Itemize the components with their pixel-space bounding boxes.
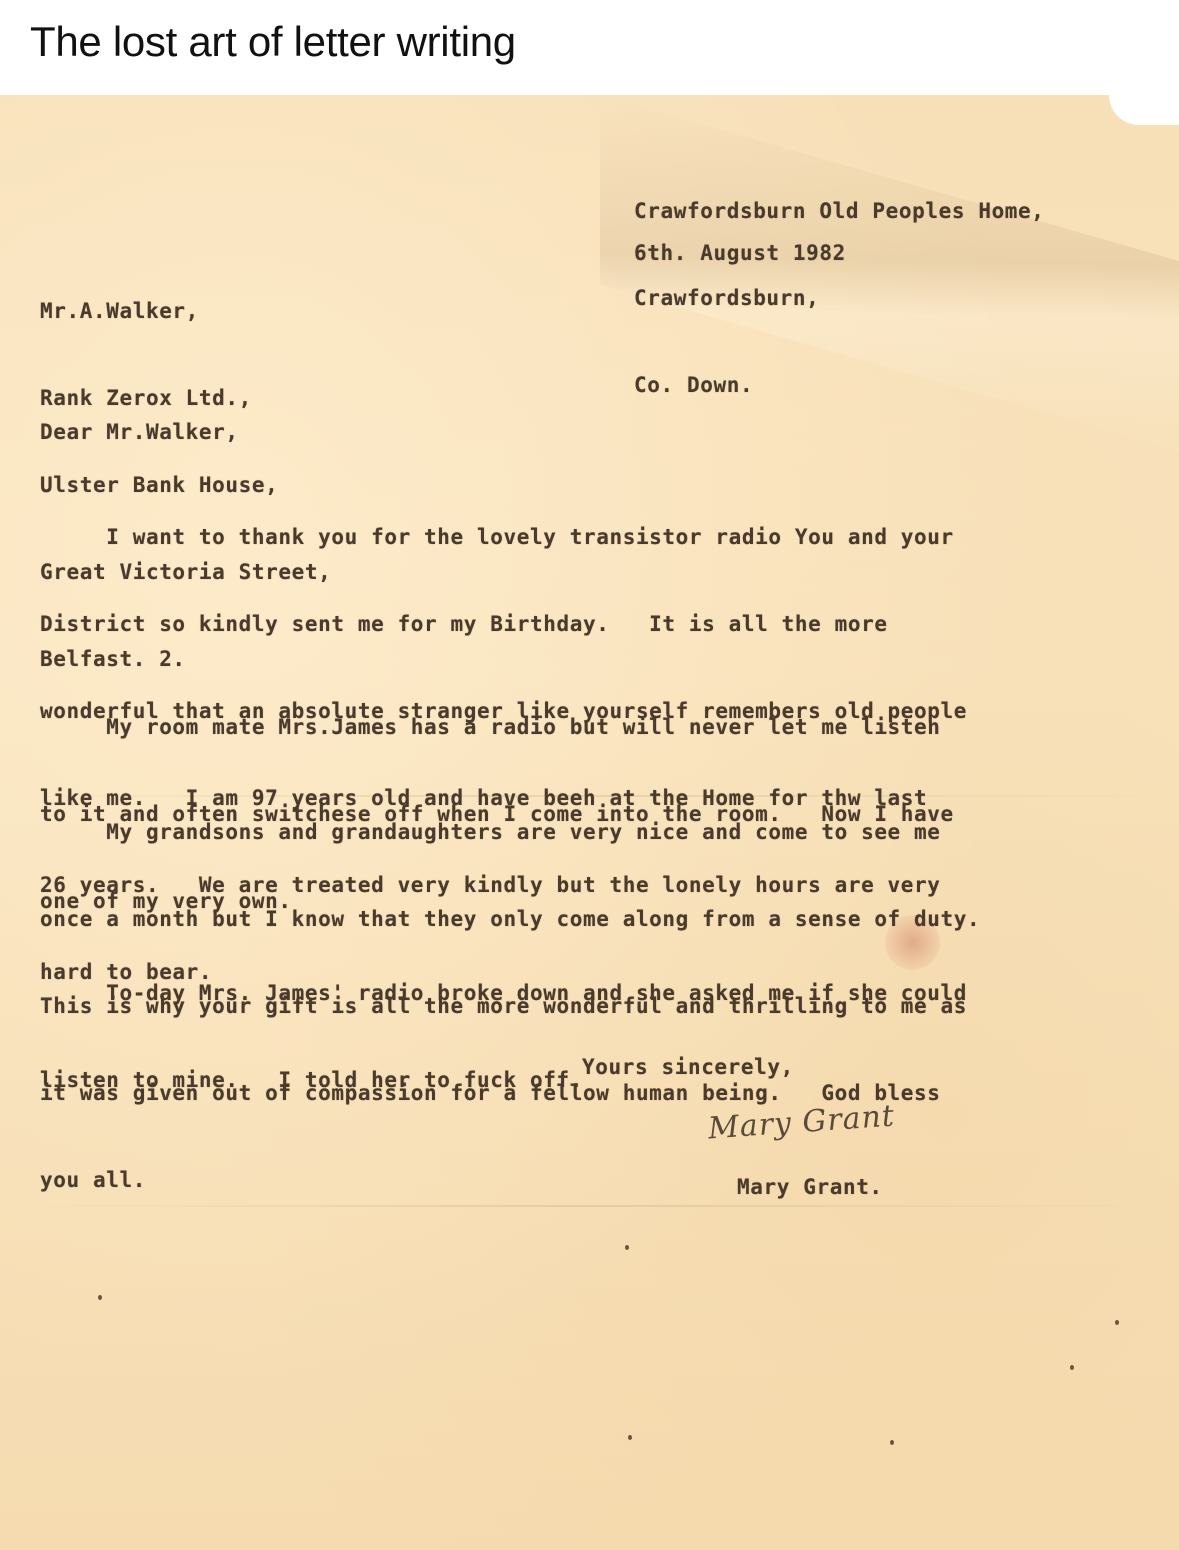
letter-date: 6th. August 1982 <box>634 239 846 268</box>
body-line: I want to thank you for the lovely trans… <box>40 523 967 552</box>
sender-address-line: Crawfordsburn Old Peoples Home, <box>634 197 1045 226</box>
letter-image: Crawfordsburn Old Peoples Home, Crawford… <box>0 95 1179 1550</box>
typed-name: Mary Grant. <box>737 1173 883 1202</box>
recipient-address-line: Rank Zerox Ltd., <box>40 384 331 413</box>
sender-address-line: Crawfordsburn, <box>634 284 1045 313</box>
ink-speck <box>890 1440 894 1445</box>
sender-address: Crawfordsburn Old Peoples Home, Crawford… <box>634 139 1045 458</box>
salutation: Dear Mr.Walker, <box>40 418 239 447</box>
sender-address-line: Co. Down. <box>634 371 1045 400</box>
ink-speck <box>98 1295 102 1300</box>
body-line: District so kindly sent me for my Birthd… <box>40 610 967 639</box>
ink-speck <box>1115 1320 1119 1325</box>
ink-speck <box>625 1245 629 1250</box>
body-line: My grandsons and grandaughters are very … <box>40 818 980 847</box>
body-line: listen to mine. I told her to fuck off. <box>40 1066 967 1095</box>
recipient-address-line: Mr.A.Walker, <box>40 297 331 326</box>
ink-speck <box>1070 1365 1074 1370</box>
post-title: The lost art of letter writing <box>30 18 516 66</box>
torn-corner <box>1109 95 1179 125</box>
closing: Yours sincerely, <box>582 1053 794 1082</box>
body-line: To-day Mrs. James' radio broke down and … <box>40 979 967 1008</box>
body-line: My room mate Mrs.James has a radio but w… <box>40 713 954 742</box>
ink-speck <box>628 1435 632 1440</box>
